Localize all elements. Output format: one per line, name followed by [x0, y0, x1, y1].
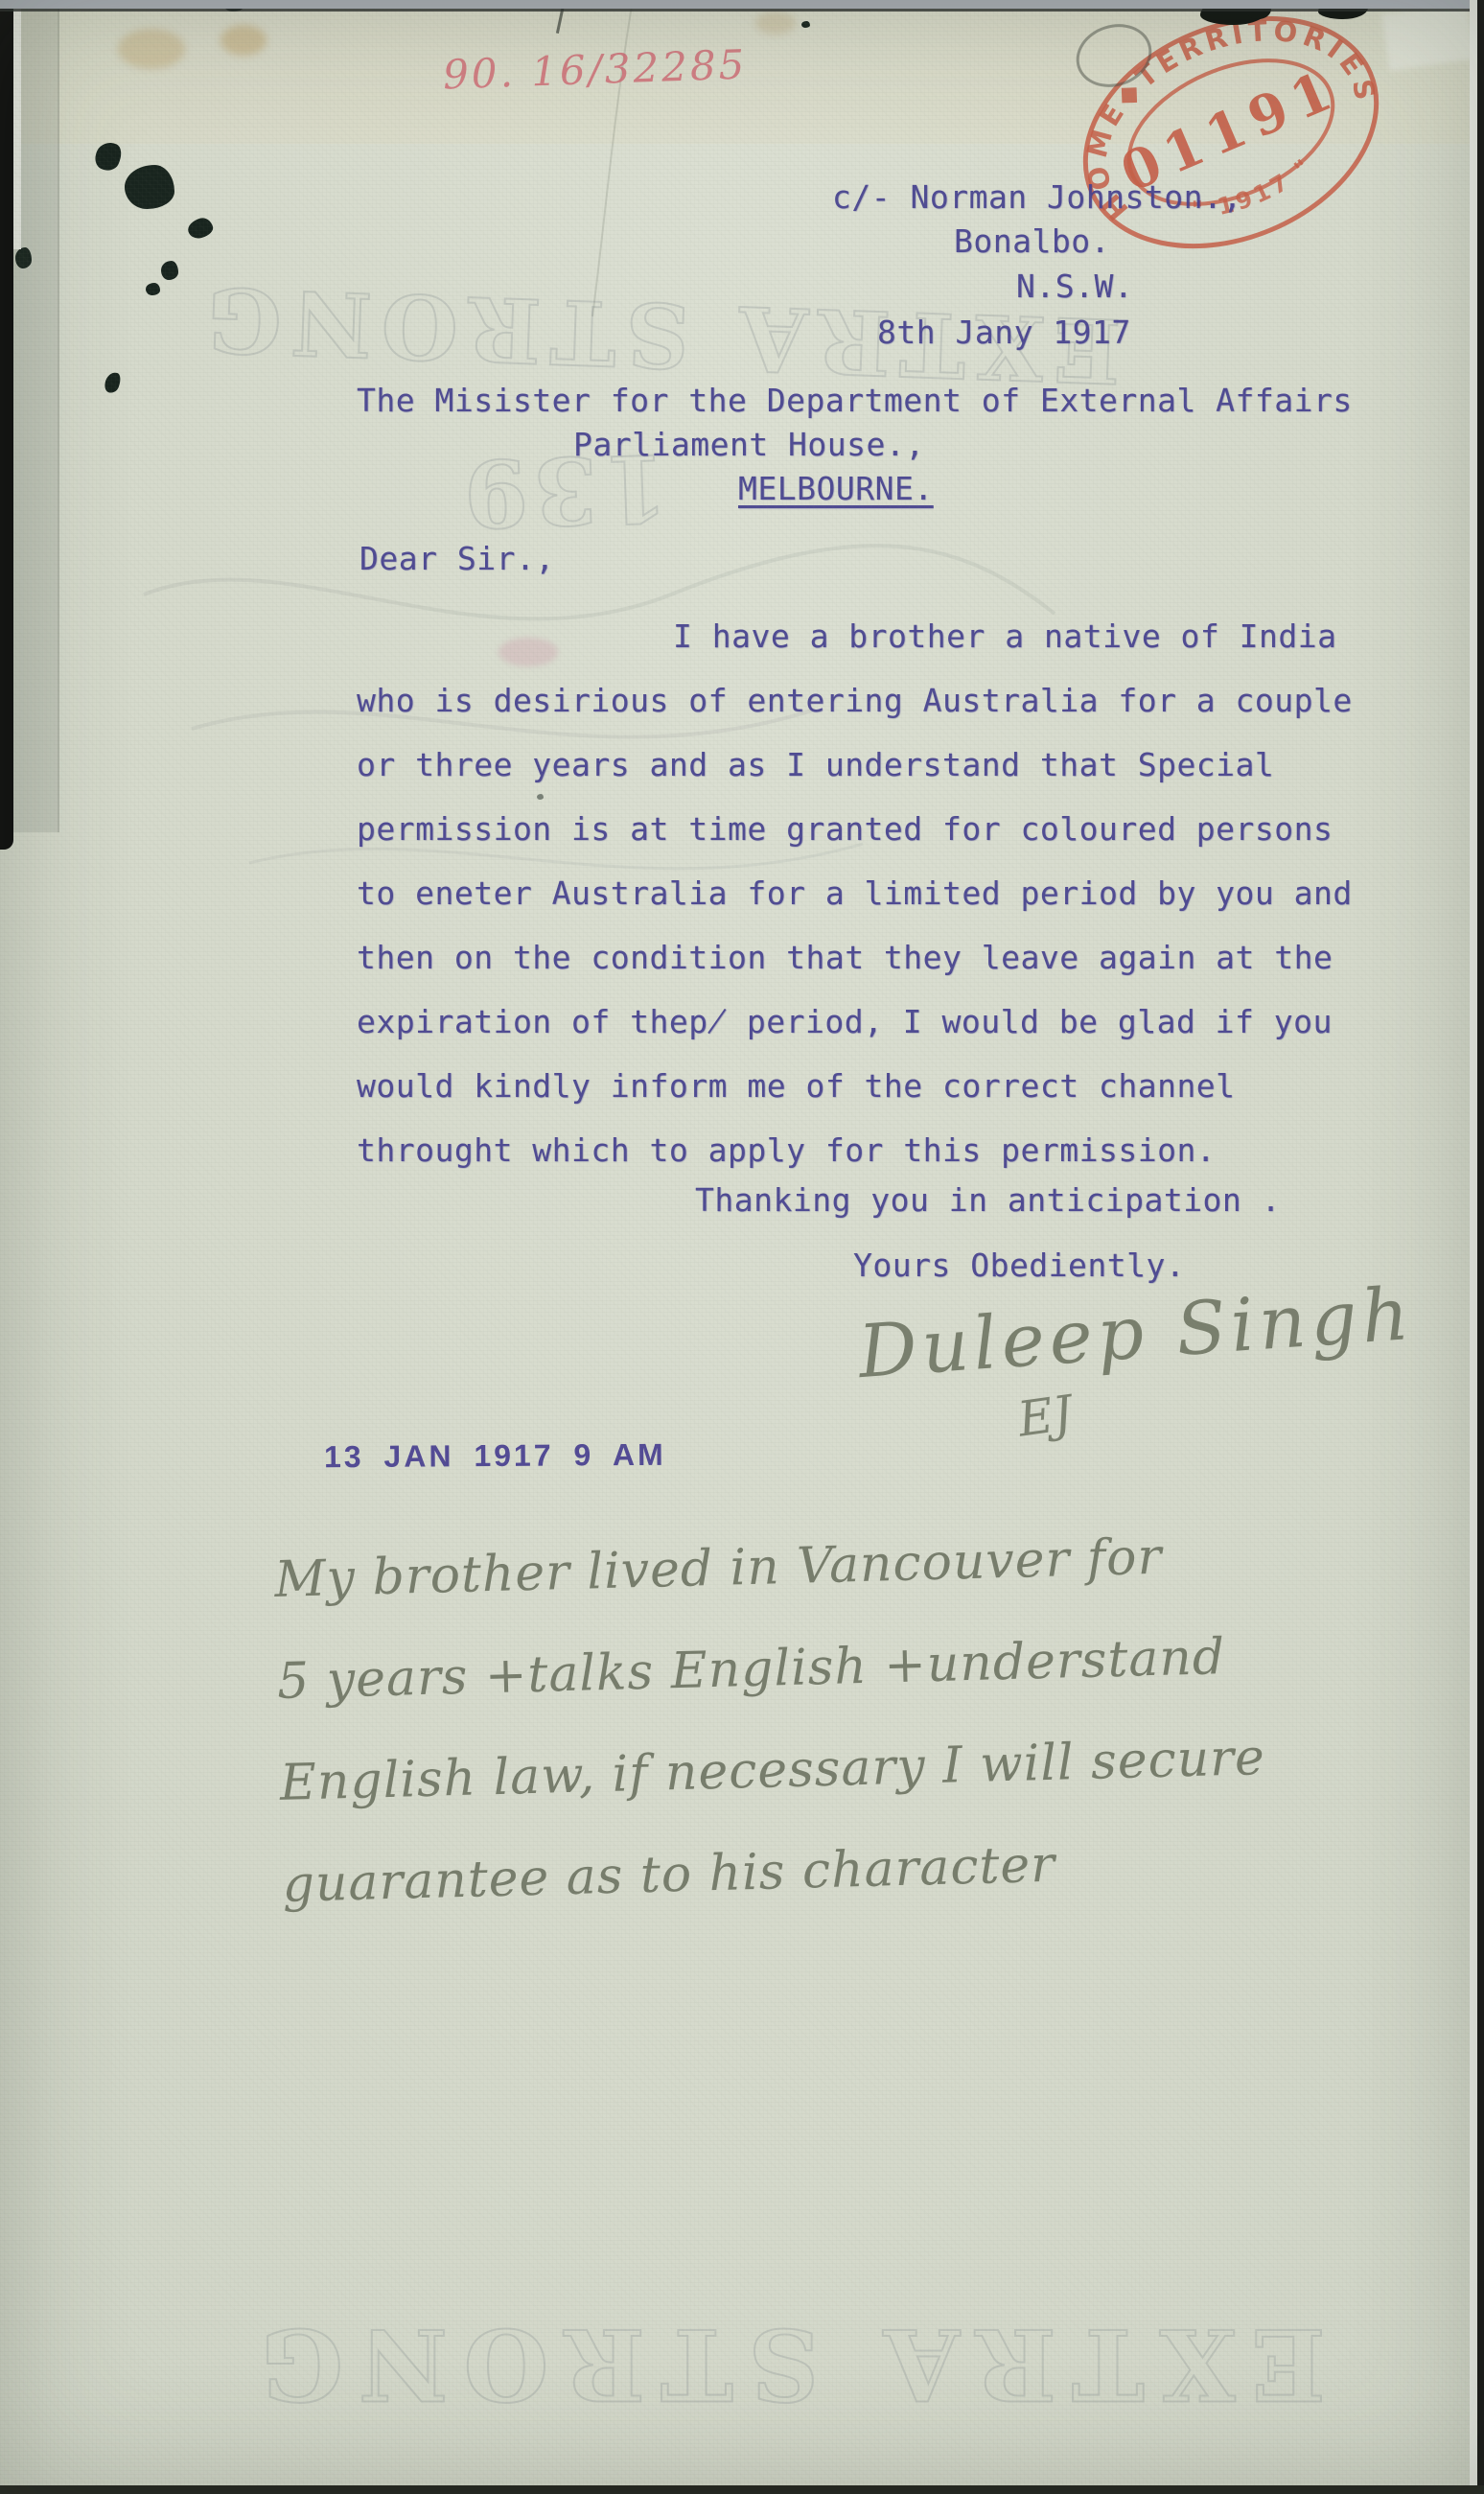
salutation: Dear Sir., — [359, 540, 555, 577]
scan-edge-left — [0, 0, 13, 850]
signature: Duleep Singh — [856, 1270, 1417, 1394]
recipient-line2: Parliament House., — [573, 426, 925, 463]
ink-speck — [537, 794, 544, 800]
sender-state: N.S.W. — [1016, 268, 1133, 305]
letter-scan-page: EXTRA STRONG 139 EXTRA STRONG HOME◆TERRI… — [0, 0, 1484, 2494]
closing-valediction: Yours Obediently. — [853, 1247, 1185, 1284]
ink-blot — [161, 261, 178, 280]
ink-blot — [146, 283, 160, 295]
left-paper-sliver — [13, 0, 21, 249]
received-date-stamp: 13 JAN 1917 9 AM — [324, 1437, 666, 1475]
letter-date: 8th Jany 1917 — [877, 314, 1131, 351]
recipient-line1: The Misister for the Department of Exter… — [357, 382, 1353, 419]
ink-blot — [15, 247, 32, 268]
ink-blot — [125, 165, 174, 209]
ink-speck — [801, 21, 810, 28]
tan-stain — [118, 29, 185, 69]
closing-thanks: Thanking you in anticipation . — [695, 1181, 1281, 1219]
scan-edge-top-line — [0, 9, 1484, 12]
scan-edge-right — [1477, 0, 1484, 2494]
sender-care-of: c/- Norman Johnston., — [832, 178, 1242, 216]
recipient-city: MELBOURNE. — [738, 470, 934, 507]
signature-initials: EJ — [1014, 1385, 1076, 1447]
tan-stain — [755, 12, 796, 35]
letter-body: I have a brother a native of India who i… — [357, 604, 1402, 1182]
watermark-extra-strong-bottom: EXTRA STRONG — [244, 2306, 1326, 2421]
crumpled-corner — [1381, 2, 1474, 71]
sender-town: Bonalbo. — [954, 222, 1110, 260]
handwritten-note: My brother lived in Vancouver for 5 year… — [273, 1503, 1269, 1936]
scan-edge-top — [0, 0, 1484, 9]
scan-edge-bottom — [0, 2485, 1484, 2494]
tan-stain — [220, 25, 267, 56]
